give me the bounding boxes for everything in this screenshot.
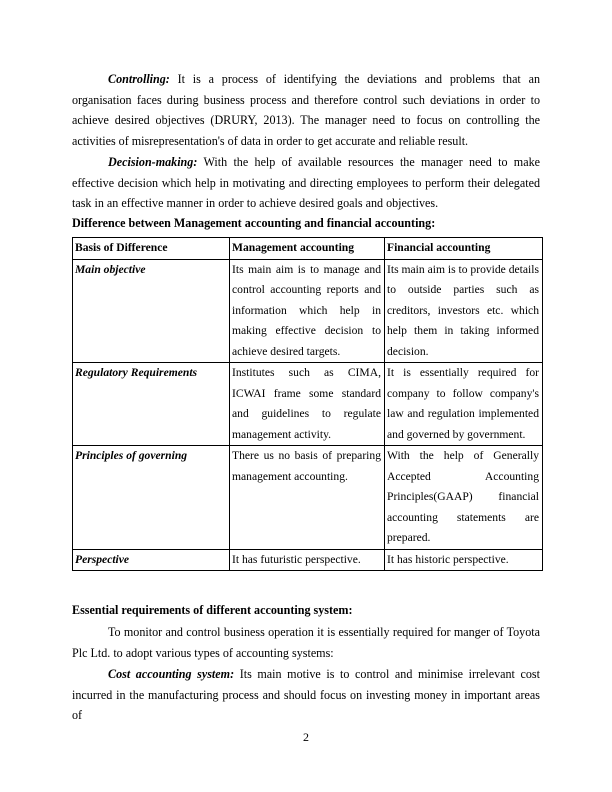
header-basis: Basis of Difference — [73, 238, 230, 260]
table-row: Principles of governing There us no basi… — [73, 446, 543, 550]
row-management: Institutes such as CIMA, ICWAI frame som… — [230, 363, 385, 446]
cost-accounting-term: Cost accounting system: — [108, 667, 234, 681]
controlling-paragraph: Controlling: It is a process of identify… — [72, 69, 540, 151]
header-financial: Financial accounting — [385, 238, 543, 260]
row-basis: Principles of governing — [73, 446, 230, 550]
row-financial: With the help of Generally Accepted Acco… — [385, 446, 543, 550]
row-management: Its main aim is to manage and control ac… — [230, 259, 385, 363]
table-header-row: Basis of Difference Management accountin… — [73, 238, 543, 260]
row-basis: Regulatory Requirements — [73, 363, 230, 446]
cost-accounting-paragraph: Cost accounting system: Its main motive … — [72, 664, 540, 726]
row-financial: It has historic perspective. — [385, 549, 543, 571]
decision-making-paragraph: Decision-making: With the help of availa… — [72, 152, 540, 214]
controlling-term: Controlling: — [108, 72, 170, 86]
table-heading: Difference between Management accounting… — [72, 216, 435, 231]
comparison-table: Basis of Difference Management accountin… — [72, 237, 543, 571]
section-heading: Essential requirements of different acco… — [72, 603, 352, 618]
table-row: Main objective Its main aim is to manage… — [73, 259, 543, 363]
table-row: Regulatory Requirements Institutes such … — [73, 363, 543, 446]
row-management: There us no basis of preparing managemen… — [230, 446, 385, 550]
intro-paragraph: To monitor and control business operatio… — [72, 622, 540, 663]
header-management: Management accounting — [230, 238, 385, 260]
row-basis: Main objective — [73, 259, 230, 363]
row-basis: Perspective — [73, 549, 230, 571]
decision-making-term: Decision-making: — [108, 155, 197, 169]
row-financial: Its main aim is to provide details to ou… — [385, 259, 543, 363]
table-row: Perspective It has futuristic perspectiv… — [73, 549, 543, 571]
page-number: 2 — [0, 730, 612, 745]
row-management: It has futuristic perspective. — [230, 549, 385, 571]
row-financial: It is essentially required for company t… — [385, 363, 543, 446]
